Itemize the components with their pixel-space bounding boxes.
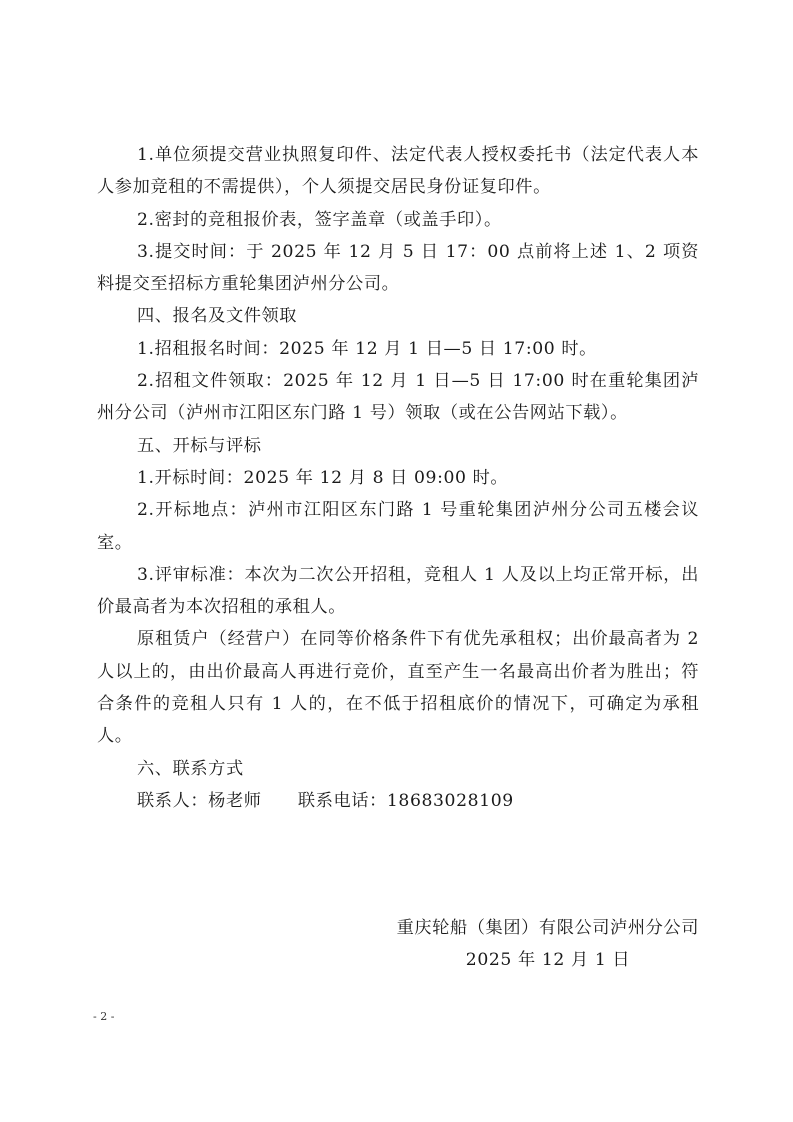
paragraph-document-collection: 2.招租文件领取：2025 年 12 月 1 日—5 日 17:00 时在重轮集… bbox=[97, 365, 699, 430]
contact-line: 联系人：杨老师 联系电话：18683028109 bbox=[97, 785, 699, 817]
contact-person-label: 联系人： bbox=[137, 791, 208, 811]
contact-person: 杨老师 bbox=[208, 791, 261, 811]
document-body: 1.单位须提交营业执照复印件、法定代表人授权委托书（法定代表人本人参加竞租的不需… bbox=[97, 139, 699, 817]
signature-organization: 重庆轮船（集团）有限公司泸州分公司 bbox=[357, 912, 699, 944]
contact-spacer bbox=[262, 791, 298, 811]
contact-phone-label: 联系电话： bbox=[298, 791, 387, 811]
paragraph-opening-time: 1.开标时间：2025 年 12 月 8 日 09:00 时。 bbox=[97, 462, 699, 494]
paragraph-evaluation-criteria: 3.评审标准：本次为二次公开招租，竞租人 1 人及以上均正常开标，出价最高者为本… bbox=[97, 559, 699, 624]
page-number: - 2 - bbox=[93, 1010, 114, 1023]
paragraph-priority-rules: 原租赁户（经营户）在同等价格条件下有优先承租权；出价最高者为 2 人以上的，由出… bbox=[97, 623, 699, 752]
paragraph-submission-time: 3.提交时间：于 2025 年 12 月 5 日 17：00 点前将上述 1、2… bbox=[97, 236, 699, 301]
paragraph-opening-location: 2.开标地点：泸州市江阳区东门路 1 号重轮集团泸州分公司五楼会议室。 bbox=[97, 494, 699, 559]
paragraph-requirement-1: 1.单位须提交营业执照复印件、法定代表人授权委托书（法定代表人本人参加竞租的不需… bbox=[97, 139, 699, 204]
paragraph-registration-time: 1.招租报名时间：2025 年 12 月 1 日—5 日 17:00 时。 bbox=[97, 333, 699, 365]
signature-date: 2025 年 12 月 1 日 bbox=[357, 944, 699, 976]
section-heading-contact: 六、联系方式 bbox=[97, 753, 699, 785]
contact-phone: 18683028109 bbox=[387, 791, 514, 811]
signature-block: 重庆轮船（集团）有限公司泸州分公司 2025 年 12 月 1 日 bbox=[357, 912, 699, 977]
section-heading-registration: 四、报名及文件领取 bbox=[97, 300, 699, 332]
section-heading-bid-opening: 五、开标与评标 bbox=[97, 430, 699, 462]
paragraph-requirement-2: 2.密封的竞租报价表，签字盖章（或盖手印）。 bbox=[97, 204, 699, 236]
